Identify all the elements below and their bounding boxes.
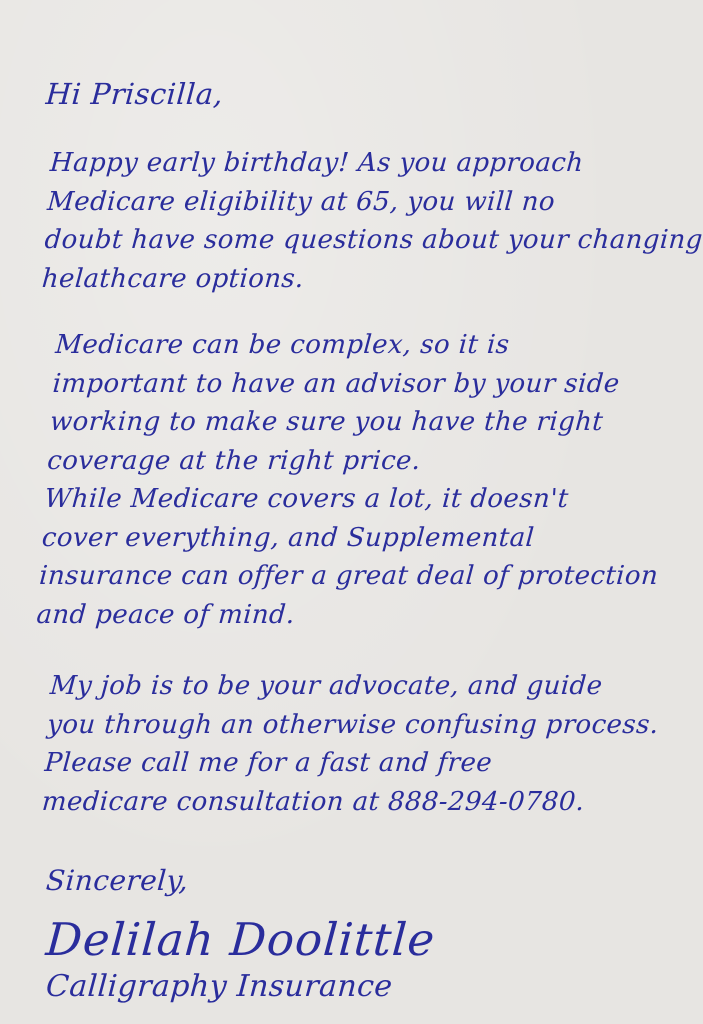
- signature: Delilah Doolittle: [44, 913, 671, 967]
- greeting: Hi Priscilla,: [45, 74, 671, 114]
- letter-line: insurance can offer a great deal of prot…: [38, 557, 664, 596]
- paragraph-medicare: Medicare can be complex, so it is import…: [35, 326, 680, 634]
- letter-line: important to have an advisor by your sid…: [51, 365, 677, 404]
- consultation-phone-line: medicare consultation at 888-294-0780.: [41, 783, 667, 822]
- letter-line: Medicare eligibility at 65, you will no: [46, 183, 672, 222]
- letter-page: Hi Priscilla, Happy early birthday! As y…: [0, 0, 703, 1024]
- letter-line: While Medicare covers a lot, it doesn't: [43, 480, 669, 519]
- paragraph-call-to-action: My job is to be your advocate, and guide…: [41, 667, 675, 821]
- letter-line: My job is to be your advocate, and guide: [49, 667, 675, 706]
- letter-line: Medicare can be complex, so it is: [54, 326, 680, 365]
- letter-line: cover everything, and Supplemental: [41, 519, 667, 558]
- letter-line: doubt have some questions about your cha…: [43, 221, 669, 260]
- company-name: Calligraphy Insurance: [45, 967, 671, 1007]
- letter-line: helathcare options.: [41, 260, 667, 299]
- letter-line: and peace of mind.: [35, 596, 661, 635]
- closing: Sincerely,: [45, 861, 671, 901]
- letter-line: working to make sure you have the right: [49, 403, 675, 442]
- paragraph-intro: Happy early birthday! As you approach Me…: [41, 144, 675, 298]
- letter-line: coverage at the right price.: [46, 442, 672, 481]
- letter-line: Happy early birthday! As you approach: [49, 144, 675, 183]
- letter-line: Please call me for a fast and free: [43, 744, 669, 783]
- letter-line: you through an otherwise confusing proce…: [46, 706, 672, 745]
